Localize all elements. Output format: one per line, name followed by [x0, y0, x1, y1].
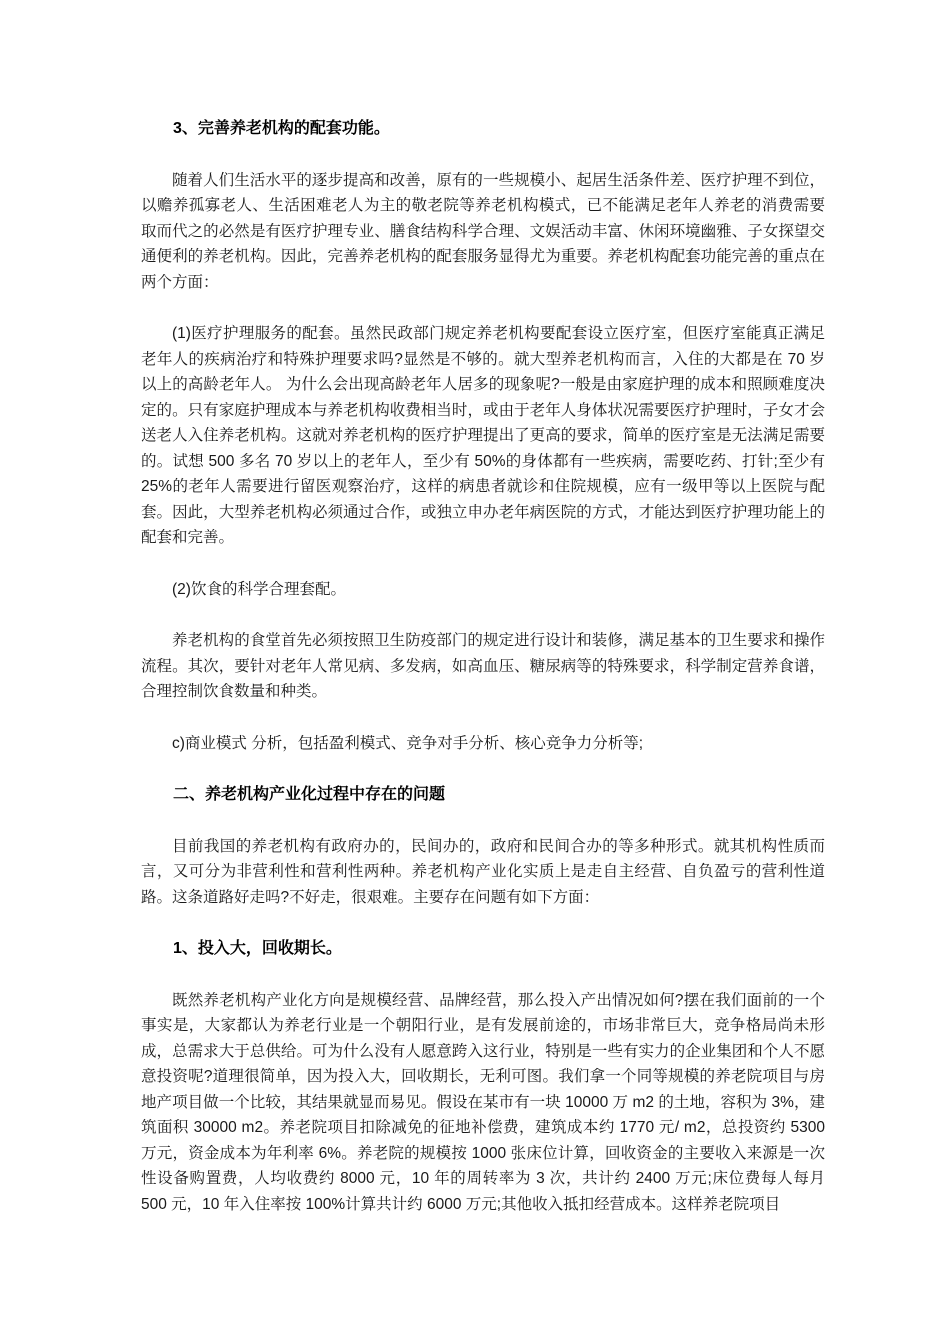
- section-heading: 1、投入大，回收期长。: [141, 936, 825, 962]
- body-paragraph: 目前我国的养老机构有政府办的，民间办的，政府和民间合办的等多种形式。就其机构性质…: [141, 834, 825, 911]
- body-paragraph: (2)饮食的科学合理套配。: [141, 577, 825, 603]
- section-heading: 3、完善养老机构的配套功能。: [141, 116, 825, 142]
- document-page: 3、完善养老机构的配套功能。随着人们生活水平的逐步提高和改善，原有的一些规模小、…: [0, 0, 950, 1344]
- body-paragraph: 随着人们生活水平的逐步提高和改善，原有的一些规模小、起居生活条件差、医疗护理不到…: [141, 168, 825, 296]
- body-paragraph: 养老机构的食堂首先必须按照卫生防疫部门的规定进行设计和装修，满足基本的卫生要求和…: [141, 628, 825, 705]
- body-paragraph: c)商业模式 分析，包括盈利模式、竞争对手分析、核心竞争力分析等;: [141, 731, 825, 757]
- body-paragraph: (1)医疗护理服务的配套。虽然民政部门规定养老机构要配套设立医疗室，但医疗室能真…: [141, 321, 825, 551]
- section-heading: 二、养老机构产业化过程中存在的问题: [141, 782, 825, 808]
- document-content: 3、完善养老机构的配套功能。随着人们生活水平的逐步提高和改善，原有的一些规模小、…: [141, 116, 825, 1243]
- body-paragraph: 既然养老机构产业化方向是规模经营、品牌经营，那么投入产出情况如何?摆在我们面前的…: [141, 988, 825, 1218]
